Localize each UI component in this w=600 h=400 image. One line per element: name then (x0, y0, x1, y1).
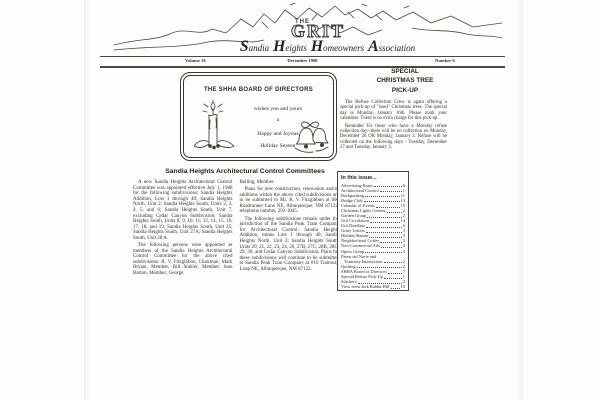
scan-edge-right (516, 0, 523, 400)
toc-leader-dots (366, 232, 402, 233)
toc-item-page: 3 (403, 250, 405, 254)
association-title: SandiaHeightsHomeownersAssociation (165, 38, 490, 56)
issue-number: Number 6 (435, 58, 455, 63)
toc-list: Advertising Rates6Architectural Control1… (341, 184, 405, 290)
toc-leader-dots (388, 273, 402, 274)
pickup-paragraph: Reminder for those who have a Monday ref… (340, 124, 447, 151)
article-paragraph: The following subdivisions remain under … (240, 217, 340, 273)
greeting-heading: THE SHHA BOARD OF DIRECTORS (184, 87, 333, 93)
association-word: Sandia (240, 38, 269, 56)
pickup-paragraph: The Refuse Collection Crew is again offe… (340, 100, 447, 122)
toc-leader-dots (367, 217, 402, 218)
article-paragraph: Plans for new construction, renovation a… (240, 187, 340, 215)
holiday-greeting-box-inner: THE SHHA BOARD OF DIRECTORS wishes you a… (183, 75, 334, 158)
toc-item-page: 10 (401, 285, 405, 289)
in-this-issue-box: In this issue... Advertising Rates6Archi… (337, 171, 409, 291)
pickup-heading-line: SPECIAL (345, 67, 465, 76)
scan-edge-left (84, 0, 91, 400)
pickup-heading-line: CHRISTMAS TREE (345, 76, 465, 85)
article-paragraph: A new Sandia Heights Architectural Contr… (133, 180, 233, 242)
toc-leader-dots (391, 288, 400, 289)
article-column-2: Belling, Member.Plans for new constructi… (240, 180, 340, 278)
toc-leader-dots (384, 262, 402, 263)
toc-leader-dots (370, 222, 400, 223)
article-body: A new Sandia Heights Architectural Contr… (133, 180, 339, 278)
pickup-heading-line: PICK-UP (345, 86, 465, 95)
pickup-body: The Refuse Collection Crew is again offe… (340, 100, 447, 153)
article-headline: Sandia Heights Architectural Control Com… (150, 168, 340, 175)
toc-title: In this issue... (341, 175, 405, 181)
toc-leader-dots (381, 247, 402, 248)
toc-leader-dots (380, 242, 401, 243)
article-paragraph: Belling, Member. (240, 180, 340, 186)
toc-item-label: View from Jack Rabbit Hill (341, 285, 390, 289)
toc-item: View from Jack Rabbit Hill10 (341, 285, 405, 289)
toc-leader-dots (365, 196, 400, 197)
toc-leader-dots (380, 191, 402, 192)
greeting-line: wishes you and yours (229, 106, 327, 112)
toc-leader-dots (387, 212, 402, 213)
association-word: Homeowners (311, 38, 364, 56)
candle-holly-illustration (191, 100, 237, 154)
article-column-1: A new Sandia Heights Architectural Contr… (133, 180, 233, 278)
pickup-heading: SPECIALCHRISTMAS TREEPICK-UP (345, 67, 465, 95)
masthead-rule-top (100, 56, 505, 57)
bells-illustration (292, 118, 330, 156)
newsletter-page: THE GRIT SandiaHeightsHomeownersAssociat… (0, 0, 600, 400)
association-word: Association (368, 38, 415, 56)
toc-leader-dots (384, 278, 402, 279)
holiday-greeting-box: THE SHHA BOARD OF DIRECTORS wishes you a… (180, 72, 337, 161)
toc-leader-dots (366, 227, 402, 228)
article-paragraph: The following persons were appointed as … (133, 243, 233, 277)
association-word: Heights (273, 38, 307, 56)
